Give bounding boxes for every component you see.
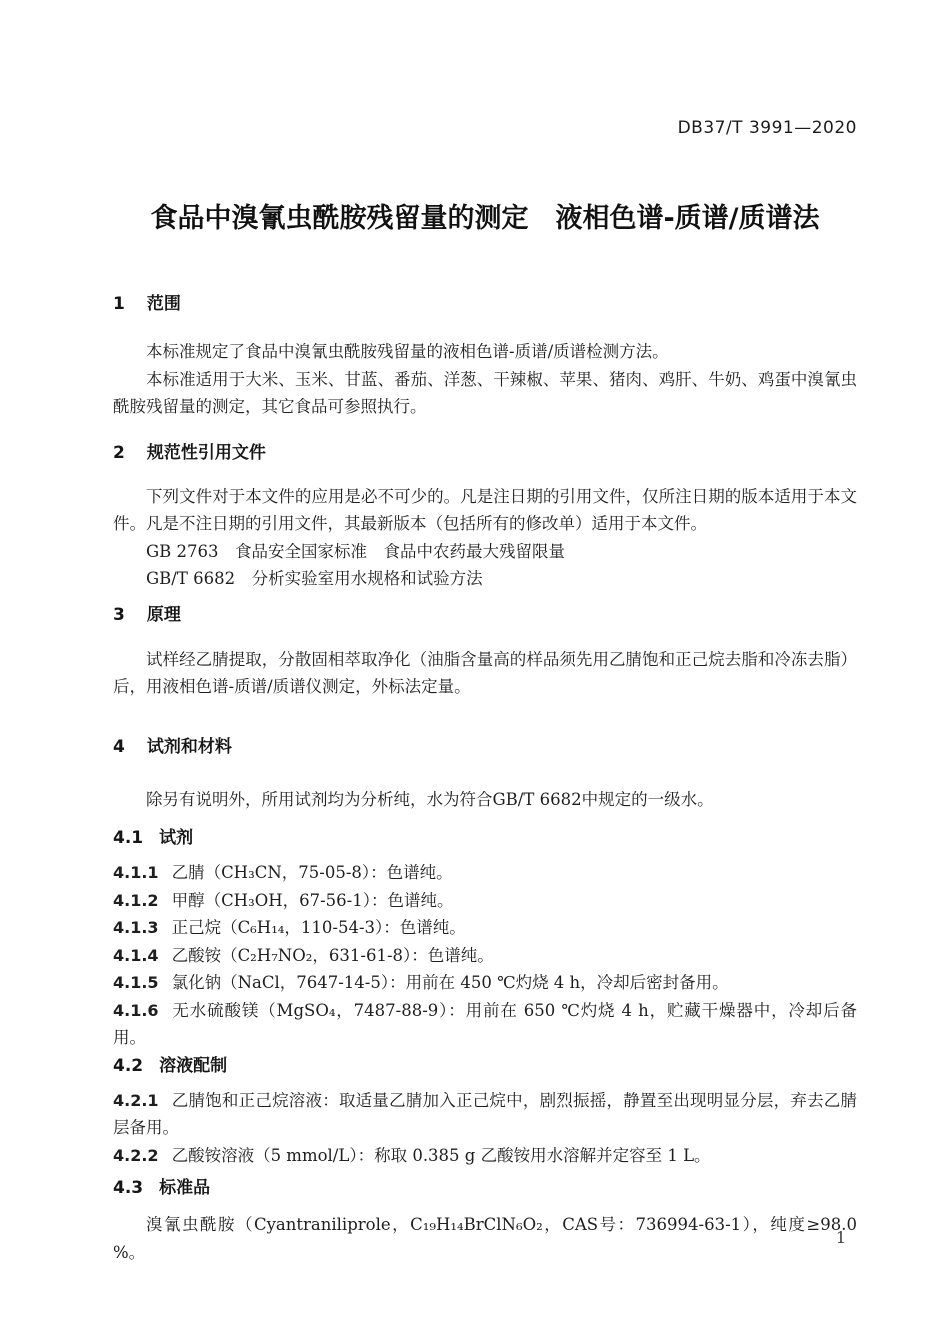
scope-paragraph-2: 本标准适用于大米、玉米、甘蓝、番茄、洋葱、干辣椒、苹果、猪肉、鸡肝、牛奶、鸡蛋中… — [113, 366, 857, 421]
clause-text: 无水硫酸镁（MgSO₄，7487-88-9）：用前在 650 ℃灼烧 4 h，贮… — [113, 1001, 857, 1048]
clause-text: 乙腈饱和正己烷溶液：取适量乙腈加入正己烷中，剧烈振摇，静置至出现明显分层，弃去乙… — [113, 1091, 857, 1138]
section-2-heading: 2规范性引用文件 — [113, 441, 857, 465]
clause-number: 4.1.3 — [113, 918, 159, 937]
section-4-2-number: 4.2 — [113, 1054, 143, 1078]
clause-text: 氯化钠（NaCl，7647-14-5）：用前在 450 ℃灼烧 4 h，冷却后密… — [172, 973, 729, 992]
clause-item: 4.1.2甲醇（CH₃OH，67-56-1）：色谱纯。 — [113, 887, 857, 915]
section-3-heading: 3原理 — [113, 603, 857, 627]
section-4-1-heading: 4.1试剂 — [113, 826, 857, 850]
section-2-number: 2 — [113, 441, 125, 465]
section-3-number: 3 — [113, 603, 125, 627]
clause-text: 正己烷（C₆H₁₄，110-54-3）：色谱纯。 — [172, 918, 466, 937]
section-4-3-number: 4.3 — [113, 1176, 143, 1200]
clause-text: 乙酸铵（C₂H₇NO₂，631-61-8）：色谱纯。 — [172, 946, 494, 965]
clause-item: 4.2.1乙腈饱和正己烷溶液：取适量乙腈加入正己烷中，剧烈振摇，静置至出现明显分… — [113, 1087, 857, 1142]
clause-text: 乙腈（CH₃CN，75-05-8）：色谱纯。 — [172, 863, 453, 882]
document-content: DB37/T 3991—2020 食品中溴氰虫酰胺残留量的测定 液相色谱-质谱/… — [113, 118, 857, 1266]
document-page: DB37/T 3991—2020 食品中溴氰虫酰胺残留量的测定 液相色谱-质谱/… — [0, 0, 950, 1344]
clause-number: 4.1.4 — [113, 946, 159, 965]
page-number: 1 — [836, 1228, 846, 1247]
clause-text: 乙酸铵溶液（5 mmol/L）：称取 0.385 g 乙酸铵用水溶解并定容至 1… — [172, 1146, 711, 1165]
section-4-number: 4 — [113, 735, 125, 759]
clause-number: 4.2.1 — [113, 1091, 159, 1110]
section-4-2-heading: 4.2溶液配制 — [113, 1054, 857, 1078]
normative-references-paragraph: 下列文件对于本文件的应用是必不可少的。凡是注日期的引用文件，仅所注日期的版本适用… — [113, 483, 857, 538]
section-4-heading: 4试剂和材料 — [113, 735, 857, 759]
section-4-title: 试剂和材料 — [147, 737, 232, 757]
section-4-3-title: 标准品 — [159, 1178, 210, 1198]
clause-item: 4.1.5氯化钠（NaCl，7647-14-5）：用前在 450 ℃灼烧 4 h… — [113, 969, 857, 997]
section-2-title: 规范性引用文件 — [147, 443, 266, 463]
section-1-title: 范围 — [147, 294, 181, 314]
reagent-clause-list: 4.1.1乙腈（CH₃CN，75-05-8）：色谱纯。 4.1.2甲醇（CH₃O… — [113, 859, 857, 1052]
standard-substance-paragraph: 溴氰虫酰胺（Cyantraniliprole，C₁₉H₁₄BrClN₆O₂，CA… — [113, 1211, 857, 1266]
clause-number: 4.1.5 — [113, 973, 159, 992]
reagents-intro-paragraph: 除另有说明外，所用试剂均为分析纯，水为符合GB/T 6682中规定的一级水。 — [113, 786, 857, 814]
doc-title: 食品中溴氰虫酰胺残留量的测定 液相色谱-质谱/质谱法 — [113, 202, 857, 236]
doc-number: DB37/T 3991—2020 — [113, 118, 857, 138]
section-3-title: 原理 — [147, 605, 181, 625]
clause-number: 4.1.6 — [113, 1001, 159, 1020]
clause-number: 4.1.2 — [113, 891, 159, 910]
section-1-heading: 1范围 — [113, 292, 857, 316]
clause-item: 4.1.6无水硫酸镁（MgSO₄，7487-88-9）：用前在 650 ℃灼烧 … — [113, 997, 857, 1052]
clause-number: 4.1.1 — [113, 863, 159, 882]
clause-item: 4.1.4乙酸铵（C₂H₇NO₂，631-61-8）：色谱纯。 — [113, 942, 857, 970]
scope-paragraph-1: 本标准规定了食品中溴氰虫酰胺残留量的液相色谱-质谱/质谱检测方法。 — [113, 338, 857, 366]
clause-item: 4.2.2乙酸铵溶液（5 mmol/L）：称取 0.385 g 乙酸铵用水溶解并… — [113, 1142, 857, 1170]
clause-item: 4.1.1乙腈（CH₃CN，75-05-8）：色谱纯。 — [113, 859, 857, 887]
section-4-3-heading: 4.3标准品 — [113, 1176, 857, 1200]
solution-clause-list: 4.2.1乙腈饱和正己烷溶液：取适量乙腈加入正己烷中，剧烈振摇，静置至出现明显分… — [113, 1087, 857, 1170]
clause-item: 4.1.3正己烷（C₆H₁₄，110-54-3）：色谱纯。 — [113, 914, 857, 942]
clause-number: 4.2.2 — [113, 1146, 159, 1165]
section-4-2-title: 溶液配制 — [159, 1056, 227, 1076]
section-1-number: 1 — [113, 292, 125, 316]
section-4-1-title: 试剂 — [159, 828, 193, 848]
reference-item: GB/T 6682 分析实验室用水规格和试验方法 — [113, 565, 857, 593]
principle-paragraph: 试样经乙腈提取，分散固相萃取净化（油脂含量高的样品须先用乙腈饱和正己烷去脂和冷冻… — [113, 646, 857, 701]
section-4-1-number: 4.1 — [113, 826, 143, 850]
clause-text: 甲醇（CH₃OH，67-56-1）：色谱纯。 — [172, 891, 454, 910]
reference-item: GB 2763 食品安全国家标准 食品中农药最大残留限量 — [113, 538, 857, 566]
